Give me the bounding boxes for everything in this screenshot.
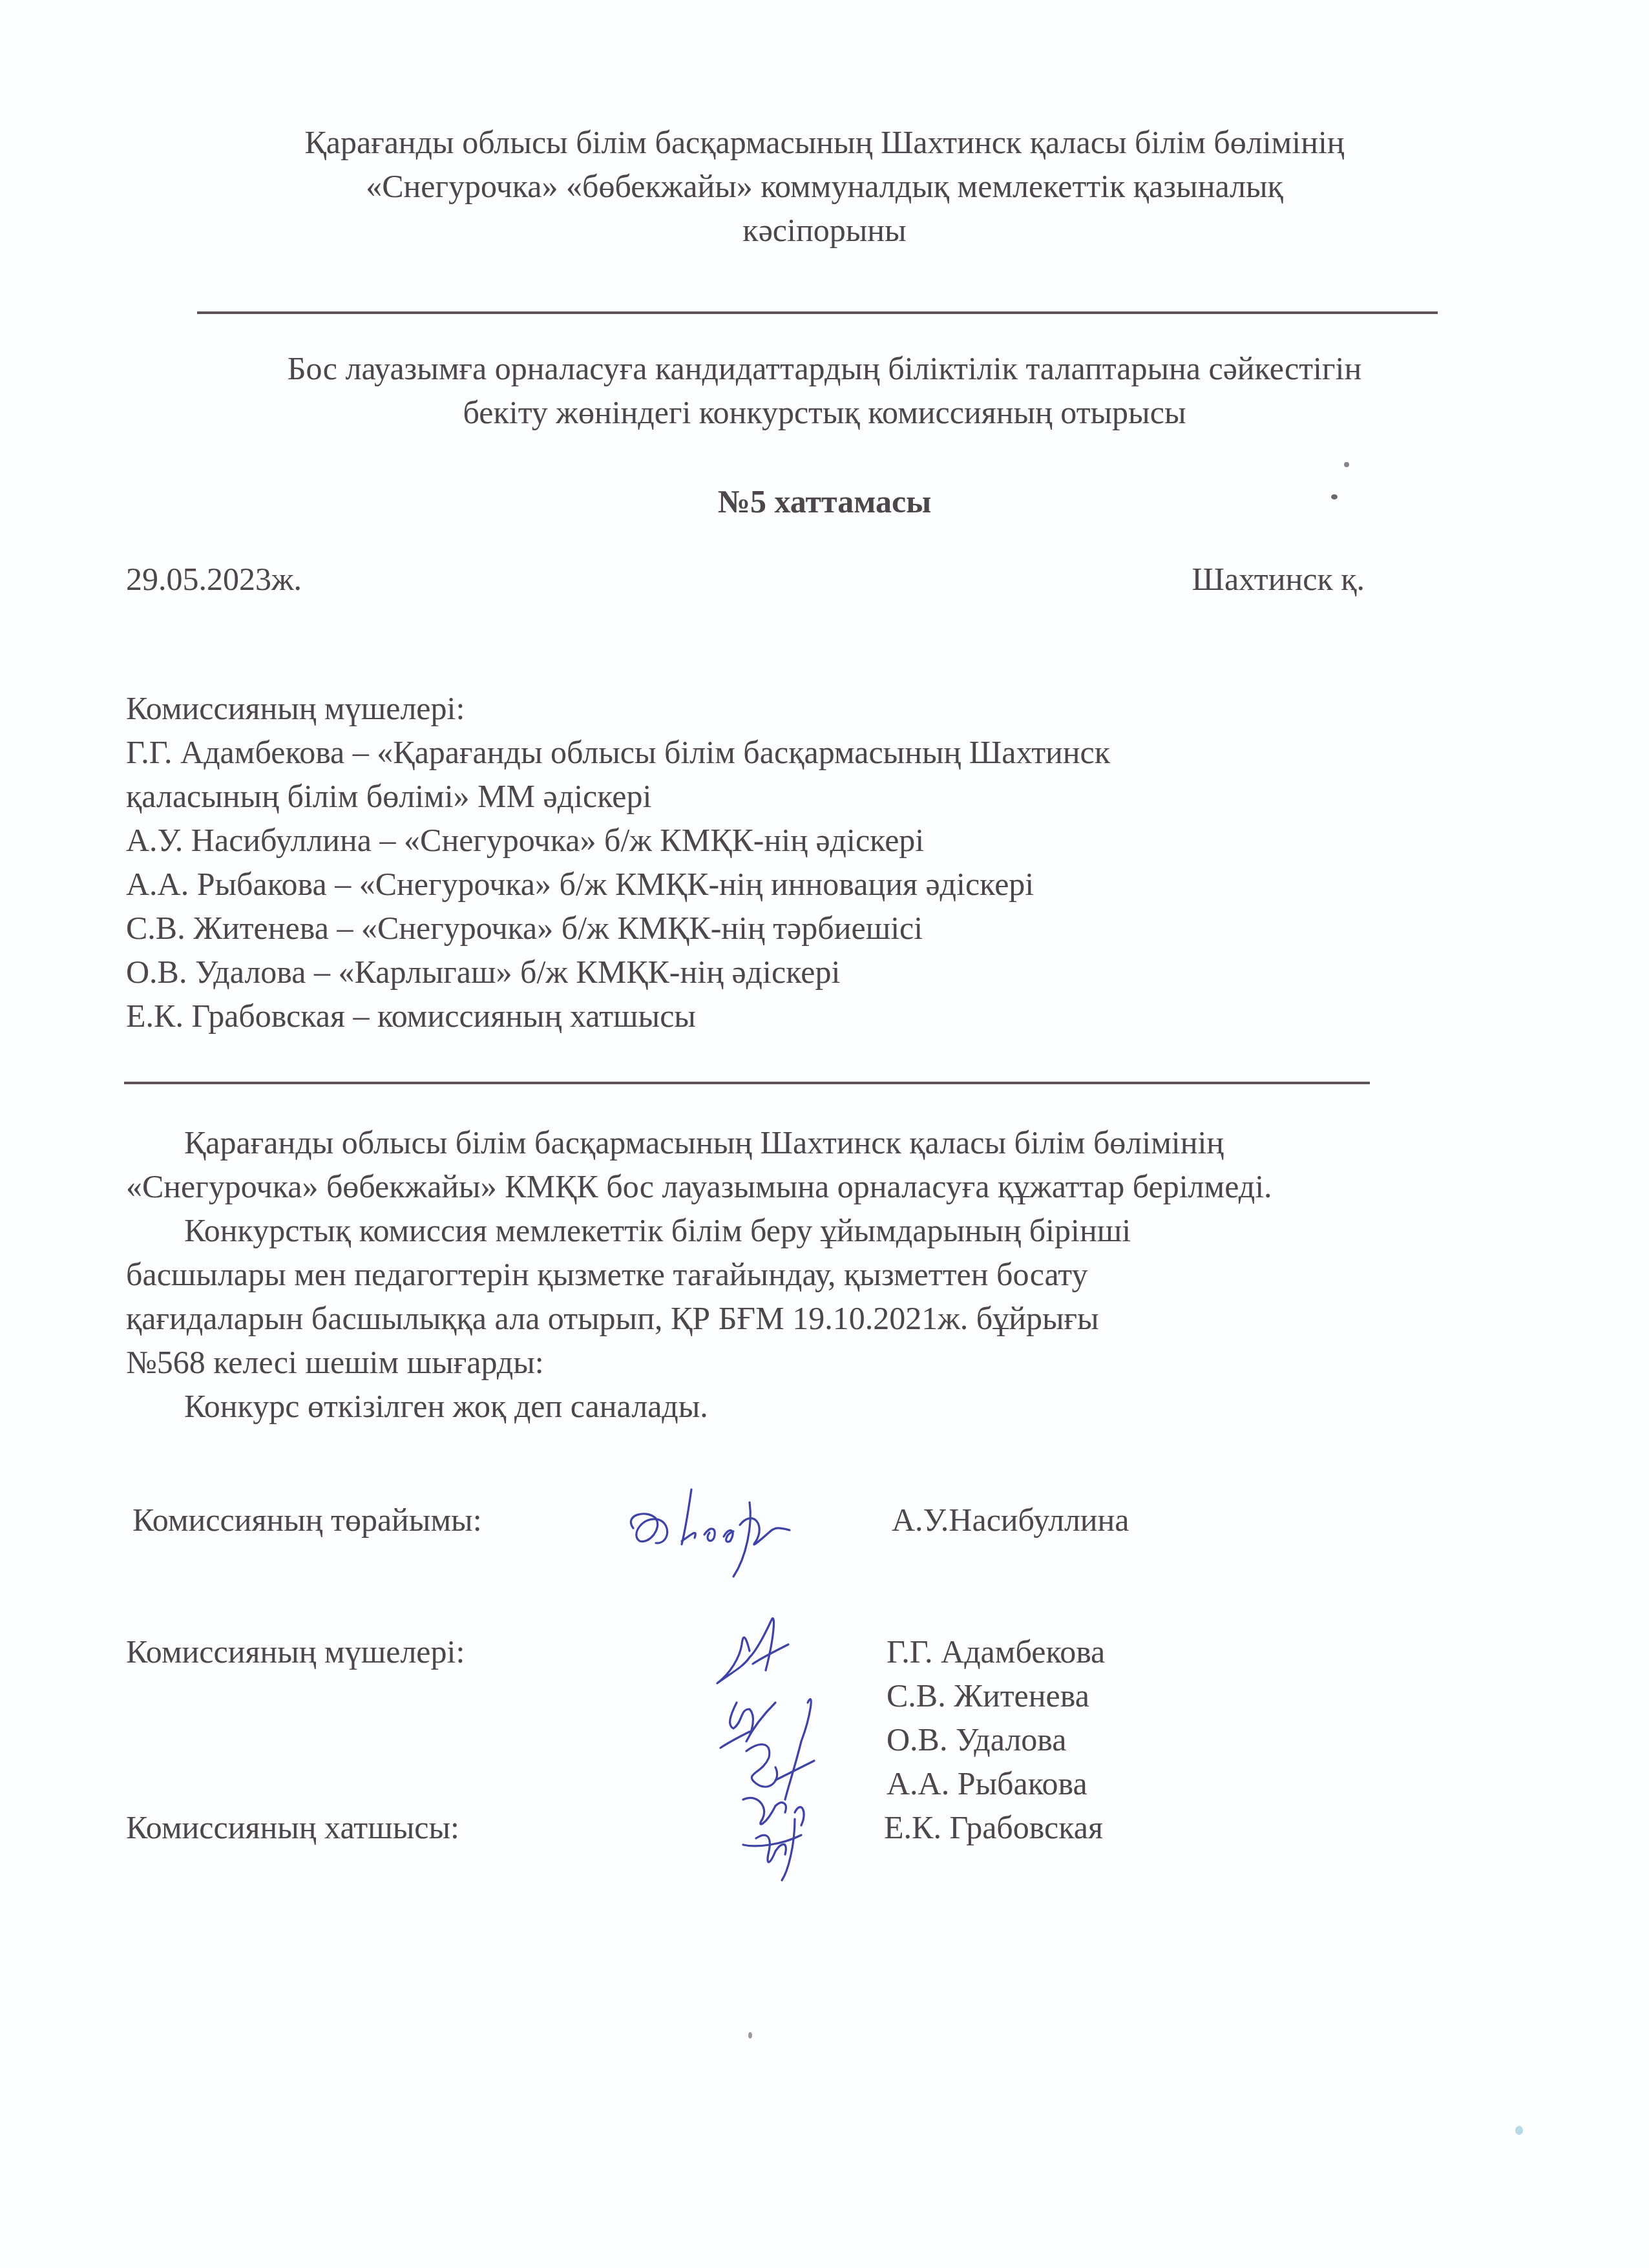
member-name: А.А. Рыбакова <box>887 1764 1087 1803</box>
org-name-line-1: Қарағанды облысы білім басқармасының Шах… <box>0 123 1649 162</box>
subtitle-line-2: бекіту жөніндегі конкурстық комиссияның … <box>0 393 1649 432</box>
member-line: Е.К. Грабовская – комиссияның хатшысы <box>126 996 696 1035</box>
member-line: Г.Г. Адамбекова – «Қарағанды облысы білі… <box>126 733 1110 772</box>
member-line: С.В. Житенева – «Снегурочка» б/ж КМҚК-ні… <box>126 908 923 947</box>
header-divider <box>197 311 1438 314</box>
member-name: О.В. Удалова <box>887 1720 1067 1759</box>
protocol-city: Шахтинск қ. <box>1192 560 1365 598</box>
member-line: қаласының білім бөлімі» ММ әдіскері <box>126 777 651 815</box>
body-line: қағидаларын басшылыққа ала отырып, ҚР БҒ… <box>126 1299 1099 1338</box>
member-line: А.А. Рыбакова – «Снегурочка» б/ж КМҚК-ні… <box>126 865 1034 903</box>
member-name: С.В. Житенева <box>887 1676 1089 1715</box>
protocol-date: 29.05.2023ж. <box>126 560 302 598</box>
scan-speck <box>748 2032 752 2039</box>
body-line: басшылары мен педагогтерін қызметке таға… <box>126 1255 1088 1294</box>
scan-speck <box>1344 462 1349 467</box>
members-heading: Комиссияның мүшелері: <box>126 689 465 728</box>
org-name-line-2: «Снегурочка» «бөбекжайы» коммуналдық мем… <box>0 167 1649 205</box>
body-line: «Снегурочка» бөбекжайы» КМҚК бос лауазым… <box>126 1167 1272 1206</box>
body-line: №568 келесі шешім шығарды: <box>126 1343 544 1381</box>
chair-name: А.У.Насибуллина <box>892 1500 1129 1539</box>
members-signatures <box>704 1612 885 1884</box>
chair-label: Комиссияның төрайымы: <box>132 1500 482 1539</box>
chair-signature <box>620 1480 814 1596</box>
scan-speck <box>1331 494 1338 499</box>
org-name-line-3: кәсіпорыны <box>0 211 1649 249</box>
members-sign-label: Комиссияның мүшелері: <box>126 1632 465 1671</box>
secretary-label: Комиссияның хатшысы: <box>126 1808 459 1847</box>
body-line: Қарағанды облысы білім басқармасының Шах… <box>184 1123 1224 1162</box>
member-line: О.В. Удалова – «Карлыгаш» б/ж КМҚК-нің ә… <box>126 952 840 991</box>
subtitle-line-1: Бос лауазымға орналасуға кандидаттардың … <box>0 349 1649 388</box>
member-name: Г.Г. Адамбекова <box>887 1632 1105 1671</box>
member-line: А.У. Насибуллина – «Снегурочка» б/ж КМҚК… <box>126 821 924 859</box>
scan-speck <box>1515 2126 1523 2135</box>
body-decision: Конкурс өткізілген жоқ деп саналады. <box>184 1387 708 1425</box>
secretary-name: Е.К. Грабовская <box>884 1808 1103 1847</box>
body-line: Конкурстық комиссия мемлекеттік білім бе… <box>184 1211 1131 1250</box>
members-divider <box>124 1082 1370 1084</box>
protocol-title: №5 хаттамасы <box>0 482 1649 521</box>
